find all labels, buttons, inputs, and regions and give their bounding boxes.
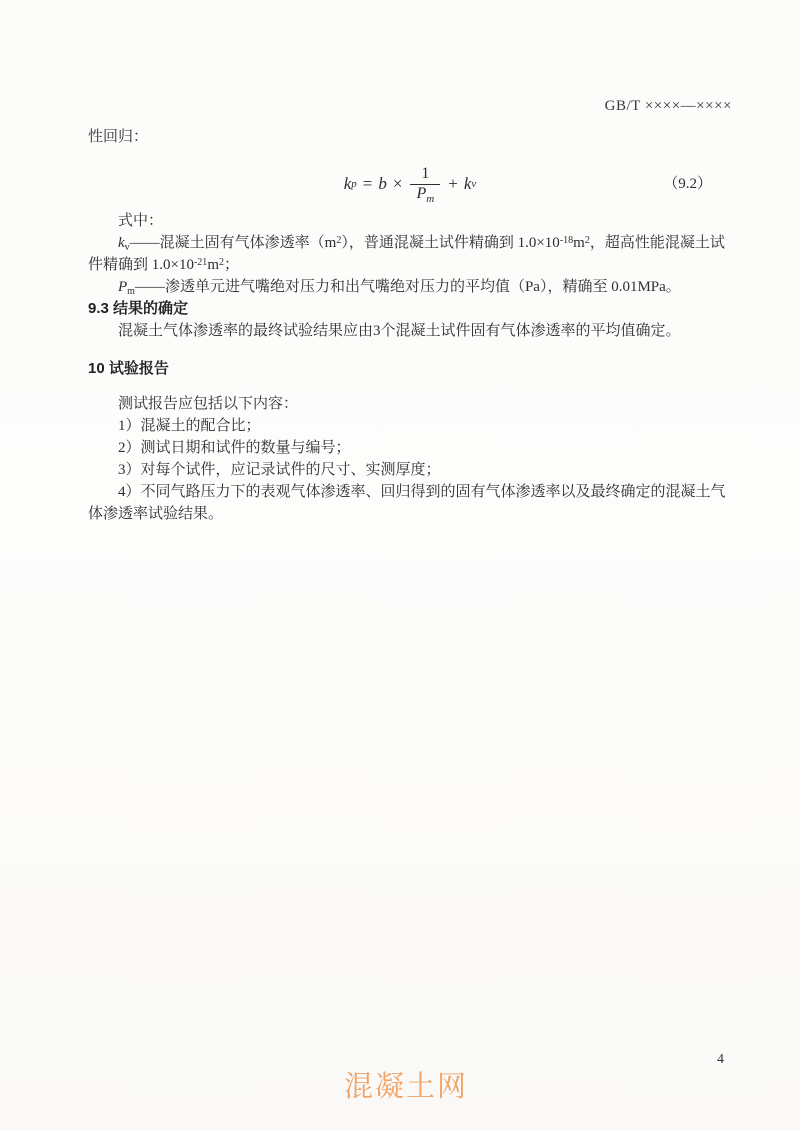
kv-def-text: m — [207, 257, 219, 273]
equation-row: kp = b × 1 Pm + kv （9.2） — [88, 158, 732, 210]
section-9-3-heading: 9.3 结果的确定 — [88, 298, 732, 320]
standard-code: GB/T ××××—×××× — [605, 98, 732, 114]
kv-def-text: ——混凝土固有气体渗透率（m — [130, 235, 337, 251]
kv-def-sup: -18 — [560, 235, 573, 246]
page-number: 4 — [717, 1052, 724, 1068]
eq-equals-sign: = — [357, 173, 379, 195]
document-page: GB/T ××××—×××× 性回归： kp = b × 1 Pm + kv （… — [0, 0, 800, 1131]
kv-definition: kv——混凝土固有气体渗透率（m2），普通混凝土试件精确到 1.0×10-18m… — [88, 232, 732, 276]
site-watermark: 混凝土网 — [344, 1064, 468, 1105]
continued-paragraph-fragment: 性回归： — [88, 126, 732, 148]
pm-symbol-subscript: m — [127, 286, 135, 297]
eq-fraction: 1 Pm — [410, 165, 440, 203]
kv-def-text: m — [573, 235, 585, 251]
eq-fraction-denominator: Pm — [410, 184, 440, 203]
pm-symbol: Pm — [118, 279, 135, 295]
report-item: 1）混凝土的配合比； — [88, 415, 732, 437]
kv-symbol: kv — [118, 235, 130, 251]
kv-def-text: ），普通混凝土试件精确到 1.0×10 — [341, 235, 559, 251]
eq-fraction-numerator: 1 — [413, 165, 437, 183]
equation-9-2: kp = b × 1 Pm + kv — [344, 165, 477, 203]
eq-coefficient: b — [378, 173, 387, 195]
eq-times-sign: × — [387, 173, 409, 195]
pm-definition: Pm——渗透单元进气嘴绝对压力和出气嘴绝对压力的平均值（Pa），精确至 0.01… — [88, 276, 732, 298]
eq-plus-sign: + — [442, 173, 464, 195]
page-content: GB/T ××××—×××× 性回归： kp = b × 1 Pm + kv （… — [0, 0, 800, 525]
eq-rhs-symbol: k — [464, 173, 472, 195]
equation-number: （9.2） — [663, 173, 712, 195]
section-9-3-paragraph: 混凝土气体渗透率的最终试验结果应由3个混凝土试件固有气体渗透率的平均值确定。 — [88, 320, 732, 342]
page-header: GB/T ××××—×××× — [88, 95, 732, 117]
kv-symbol-base: k — [118, 235, 125, 251]
eq-denominator-symbol: P — [416, 185, 426, 202]
section-10-heading: 10 试验报告 — [88, 358, 732, 380]
pm-symbol-base: P — [118, 279, 127, 295]
report-item: 3）对每个试件，应记录试件的尺寸、实测厚度； — [88, 459, 732, 481]
eq-denominator-subscript: m — [426, 193, 434, 205]
kv-def-sup: -21 — [194, 257, 207, 268]
report-item: 2）测试日期和试件的数量与编号； — [88, 437, 732, 459]
pm-def-text: ——渗透单元进气嘴绝对压力和出气嘴绝对压力的平均值（Pa），精确至 0.01MP… — [135, 279, 681, 295]
report-intro: 测试报告应包括以下内容： — [88, 393, 732, 415]
where-label: 式中： — [88, 210, 732, 232]
kv-def-text: ； — [224, 257, 239, 273]
report-item: 4）不同气路压力下的表观气体渗透率、回归得到的固有气体渗透率以及最终确定的混凝土… — [88, 481, 732, 525]
